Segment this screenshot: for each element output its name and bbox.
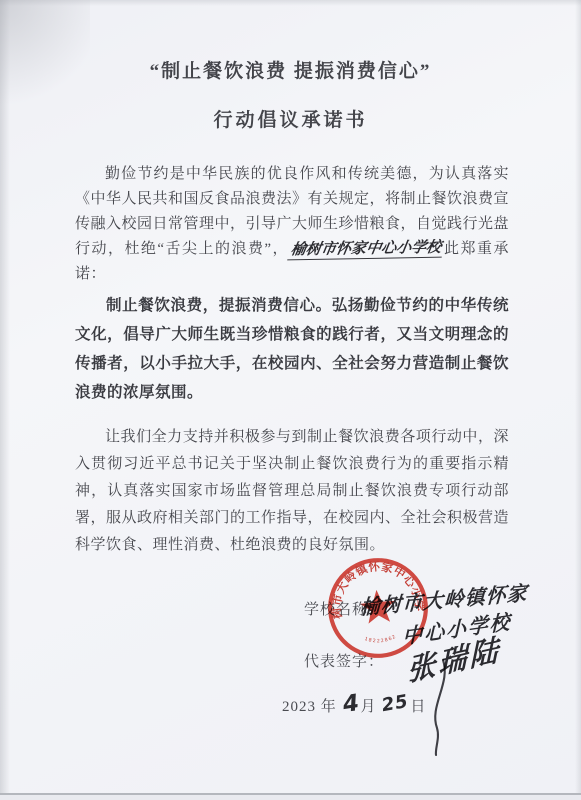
paragraph-commitment: 让我们全力支持并积极参与到制止餐饮浪费各项行动中，深入贯彻习近平总书记关于坚决制… — [75, 424, 509, 559]
scan-edge-right — [575, 0, 581, 800]
date-day-unit: 日 — [410, 699, 426, 715]
scan-corner-shade — [0, 0, 90, 120]
handwritten-school-name-inline: 榆树市怀家中心小学校 — [287, 238, 445, 261]
scan-edge-left — [0, 0, 10, 800]
seal-code-holder: 18222862 — [363, 633, 398, 646]
scan-edge-top — [0, 0, 581, 6]
date-month-handwritten: 4 — [341, 690, 361, 718]
signature-ink-stroke — [421, 658, 461, 758]
date-line: 2023 年 4月 25日 — [282, 691, 426, 717]
date-month-unit: 月 — [361, 699, 377, 715]
scan-below-paper-area — [0, 795, 581, 800]
paragraph-intro: 勤俭节约是中华民族的优良作风和传统美德，为认真落实《中华人民共和国反食品浪费法》… — [75, 162, 509, 287]
date-day-handwritten: 25 — [380, 691, 410, 716]
scanned-pledge-document: “制止餐饮浪费 提振消费信心” 行动倡议承诺书 勤俭节约是中华民族的优良作风和传… — [0, 0, 581, 800]
date-year-printed: 2023 年 — [282, 699, 337, 715]
seal-star-icon — [359, 588, 396, 624]
paragraph-pledge: 制止餐饮浪费，提振消费信心。弘扬勤俭节约的中华传统文化，倡导广大师生既当珍惜粮食… — [75, 291, 509, 407]
official-seal: 榆树市大岭镇怀家中心小学校 18222862 — [322, 552, 435, 665]
seal-code-text: 18222862 — [363, 633, 398, 646]
